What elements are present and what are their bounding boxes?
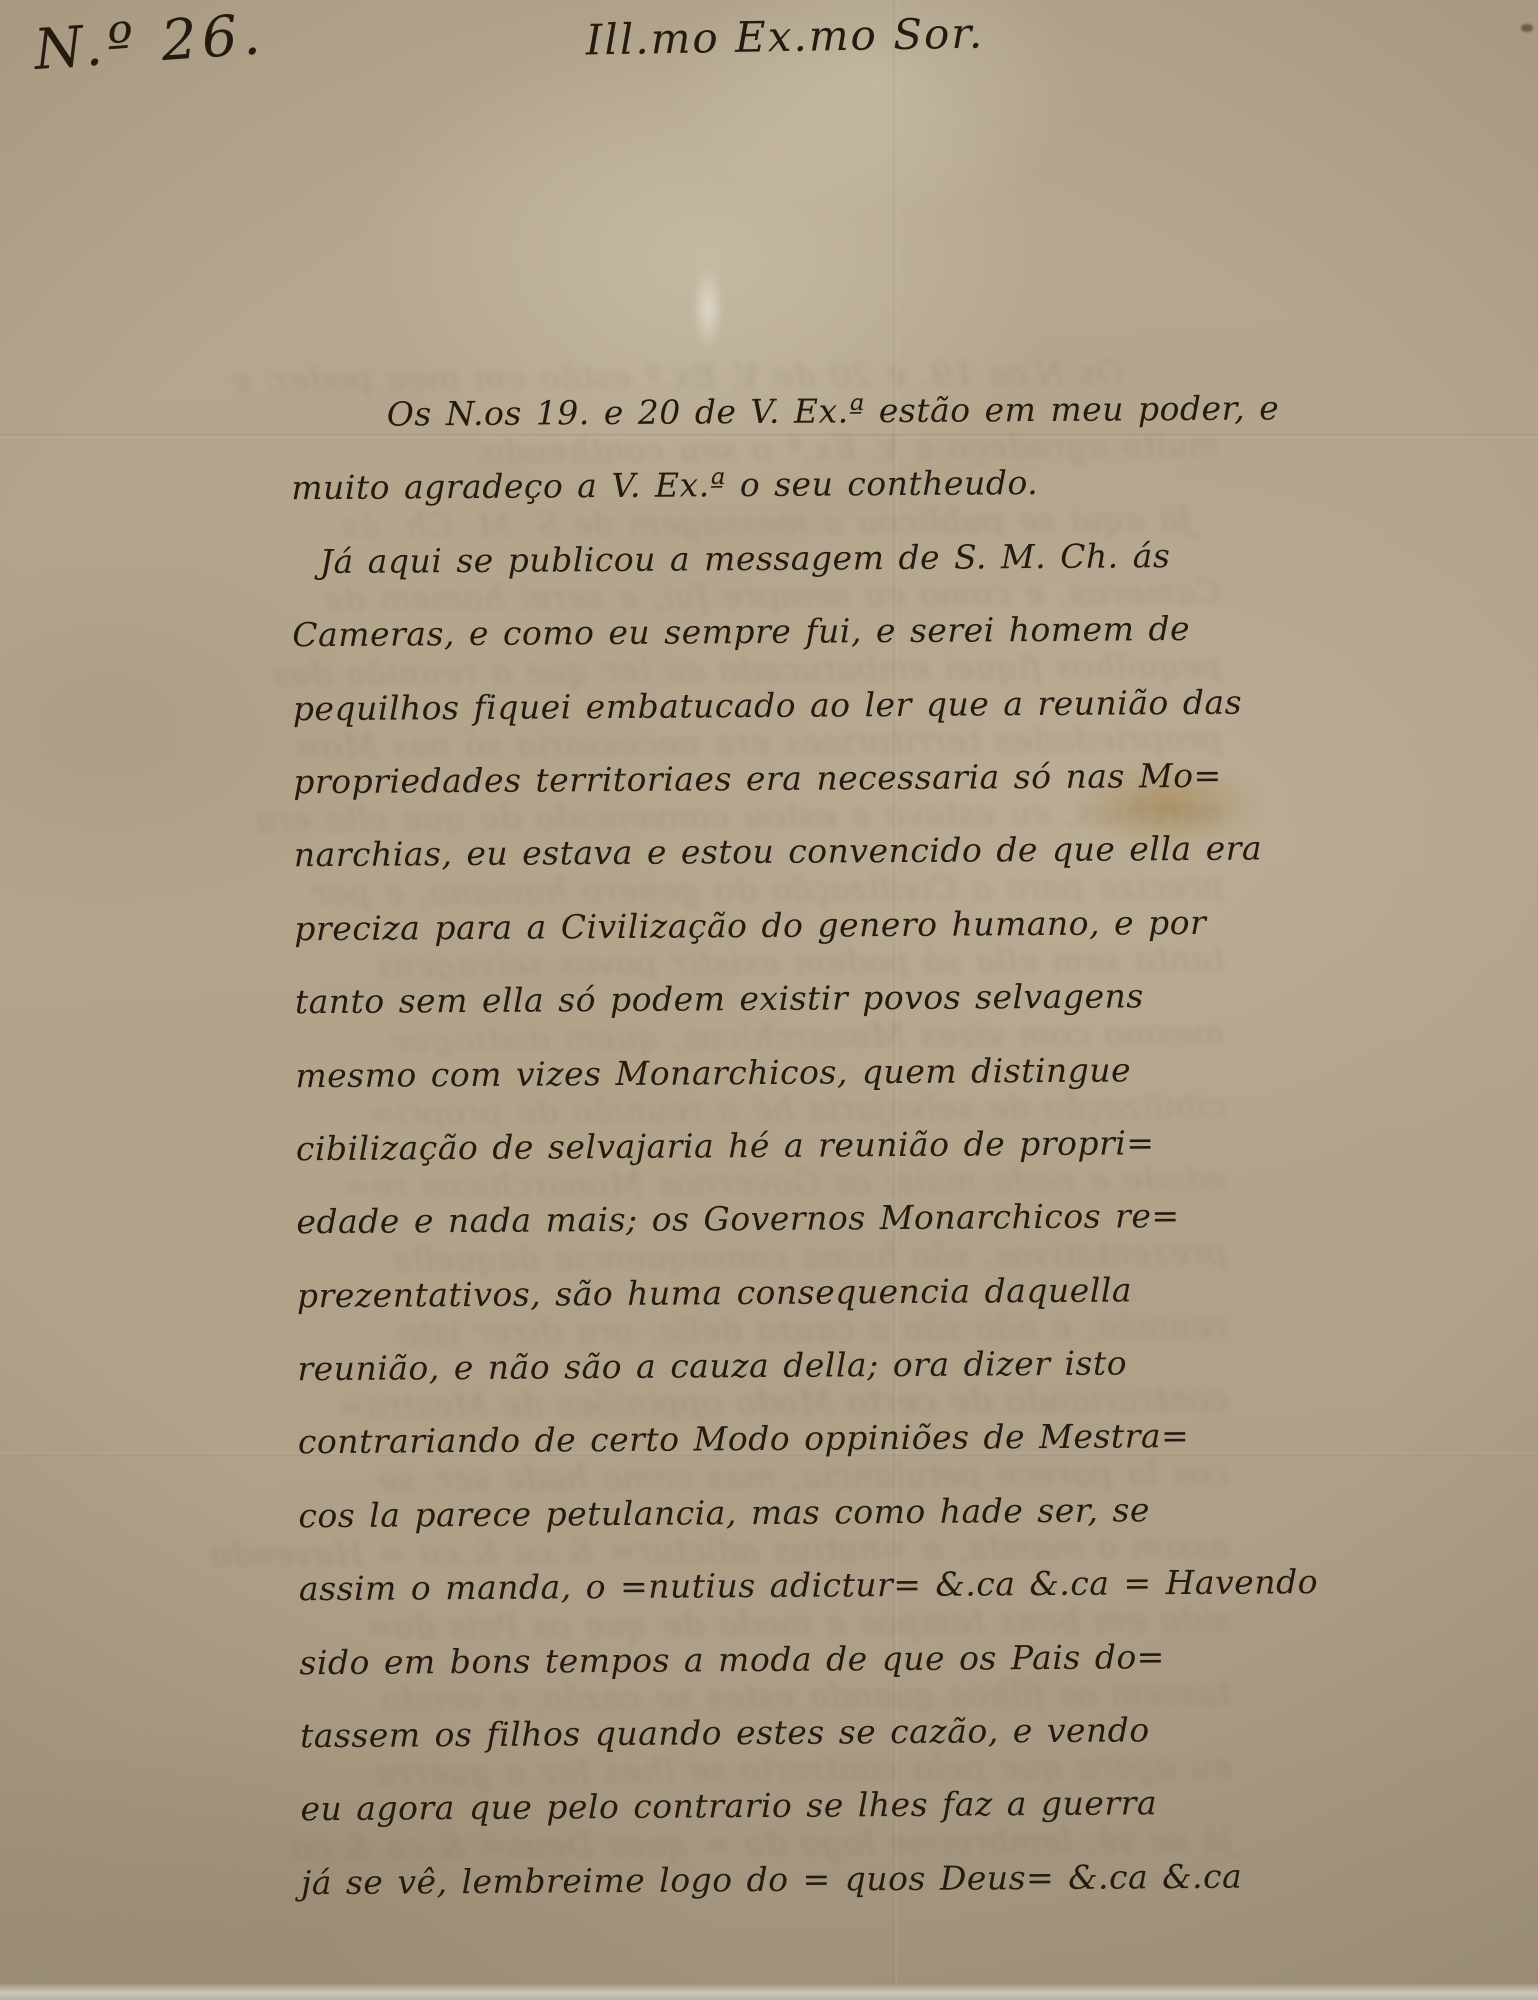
manuscript-line: prezentativos, são huma consequencia daq… [297, 1269, 1227, 1349]
manuscript-line: contrariando de certo Modo oppiniões de … [298, 1416, 1228, 1496]
manuscript-line: Já aqui se publicou a messagem de S. M. … [292, 536, 1222, 616]
manuscript-line: Os N.os 19. e 20 de V. Ex.ª estão em meu… [291, 389, 1221, 469]
manuscript-line: preciza para a Civilização do genero hum… [294, 902, 1224, 982]
manuscript-line: narchias, eu estava e estou convencido d… [294, 829, 1224, 909]
manuscript-line: reunião, e não são a cauza della; ora di… [297, 1343, 1227, 1423]
manuscript-line: propriedades territoriaes era necessaria… [293, 756, 1223, 836]
manuscript-line: já se vê, lembreime logo do = quos Deus=… [301, 1857, 1231, 1937]
manuscript-line: mesmo com vizes Monarchicos, quem distin… [295, 1049, 1225, 1129]
manuscript-line: assim o manda, o =nutius adictur= &.ca &… [299, 1563, 1229, 1643]
document-number: N.º 26. [32, 2, 267, 83]
manuscript-line: cibilização de selvajaria hé a reunião d… [296, 1123, 1226, 1203]
manuscript-line: cos la parece petulancia, mas como hade … [298, 1490, 1228, 1570]
paper-dark-speck [1521, 24, 1533, 32]
manuscript-line: muito agradeço a V. Ex.ª o seu contheudo… [291, 462, 1221, 542]
manuscript-line: tassem os filhos quando estes se cazão, … [300, 1710, 1230, 1790]
manuscript-line: eu agora que pelo contrario se lhes faz … [300, 1783, 1230, 1863]
manuscript-line: Cameras, e como eu sempre fui, e serei h… [292, 609, 1222, 689]
paper-bottom-edge [0, 1984, 1538, 2000]
manuscript-line: pequilhos fiquei embatucado ao ler que a… [293, 682, 1223, 762]
salutation: Ill.mo Ex.mo Sor. [585, 9, 984, 65]
paper-light-speck [693, 268, 723, 348]
manuscript-page: N.º 26. Ill.mo Ex.mo Sor. Os N.os 19. e … [0, 0, 1538, 2000]
manuscript-line: sido em bons tempos a moda de que os Pai… [299, 1636, 1229, 1716]
manuscript-line: edade e nada mais; os Governos Monarchic… [296, 1196, 1226, 1276]
manuscript-line: tanto sem ella só podem existir povos se… [295, 976, 1225, 1056]
letter-body: Os N.os 19. e 20 de V. Ex.ª estão em meu… [291, 389, 1232, 1937]
